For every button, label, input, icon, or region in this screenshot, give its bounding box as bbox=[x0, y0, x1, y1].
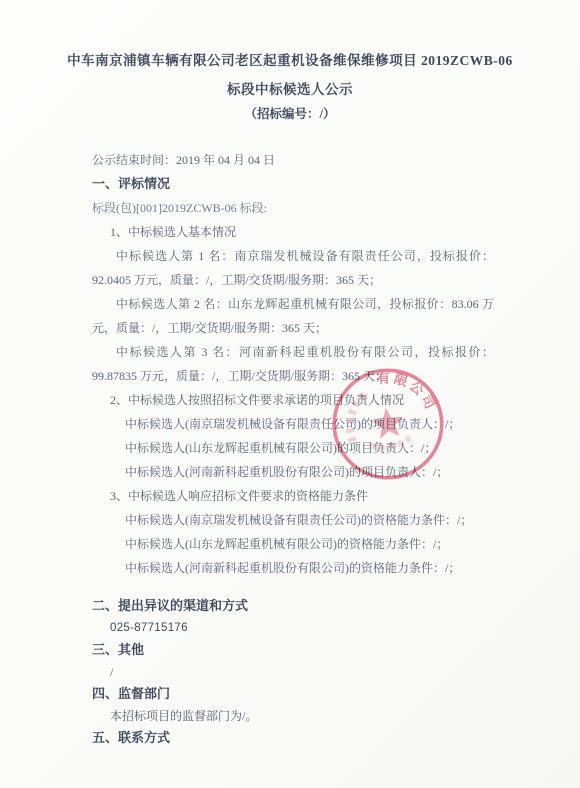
subheading-qualifications: 3、中标候选人响应招标文件要求的资格能力条件 bbox=[92, 484, 494, 508]
supervision-content: 本招标项目的监督部门为/。 bbox=[92, 706, 494, 726]
candidate-paragraph-3: 中标候选人第 3 名：河南新科起重机股份有限公司，投标报价：99.87835 万… bbox=[92, 340, 494, 388]
candidate-paragraph-2: 中标候选人第 2 名：山东龙辉起重机械有限公司，投标报价：83.06 万元，质量… bbox=[92, 292, 494, 340]
qualification-line-1: 中标候选人(南京瑞发机械设备有限责任公司)的资格能力条件：/； bbox=[92, 508, 494, 532]
document-page: 中车南京浦镇车辆有限公司老区起重机设备维保维修项目 2019ZCWB-06 标段… bbox=[0, 0, 580, 788]
section-heading-contact: 五、联系方式 bbox=[92, 726, 494, 750]
subheading-project-managers: 2、中标候选人按照招标文件要求承诺的项目负责人情况 bbox=[92, 388, 494, 412]
manager-line-1: 中标候选人(南京瑞发机械设备有限责任公司)的项目负责人：/； bbox=[92, 412, 494, 436]
phone-number: 025-87715176 bbox=[92, 618, 494, 638]
candidate-paragraph-1: 中标候选人第 1 名：南京瑞发机械设备有限责任公司，投标报价：92.0405 万… bbox=[92, 244, 494, 292]
section-heading-objection: 二、提出异议的渠道和方式 bbox=[92, 594, 494, 618]
manager-line-2: 中标候选人(山东龙辉起重机械有限公司)的项目负责人：/； bbox=[92, 436, 494, 460]
lot-line: 标段(包)[001]2019ZCWB-06 标段: bbox=[92, 196, 494, 220]
publicity-end-time: 公示结束时间：2019 年 04 月 04 日 bbox=[92, 148, 494, 172]
qualification-line-3: 中标候选人(河南新科起重机股份有限公司)的资格能力条件：/； bbox=[92, 556, 494, 580]
section-heading-other: 三、其他 bbox=[92, 638, 494, 662]
qualification-line-2: 中标候选人(山东龙辉起重机械有限公司)的资格能力条件：/； bbox=[92, 532, 494, 556]
document-body: 公示结束时间：2019 年 04 月 04 日 一、评标情况 标段(包)[001… bbox=[92, 148, 494, 750]
section-heading-evaluation: 一、评标情况 bbox=[92, 172, 494, 196]
tender-number: （招标编号：/） bbox=[65, 104, 515, 122]
section-heading-supervision: 四、监督部门 bbox=[92, 682, 494, 706]
page-title: 中车南京浦镇车辆有限公司老区起重机设备维保维修项目 2019ZCWB-06 标段… bbox=[65, 46, 515, 104]
manager-line-3: 中标候选人(河南新科起重机股份有限公司)的项目负责人：/； bbox=[92, 460, 494, 484]
other-content: / bbox=[92, 662, 494, 682]
subheading-basic-info: 1、中标候选人基本情况 bbox=[92, 220, 494, 244]
